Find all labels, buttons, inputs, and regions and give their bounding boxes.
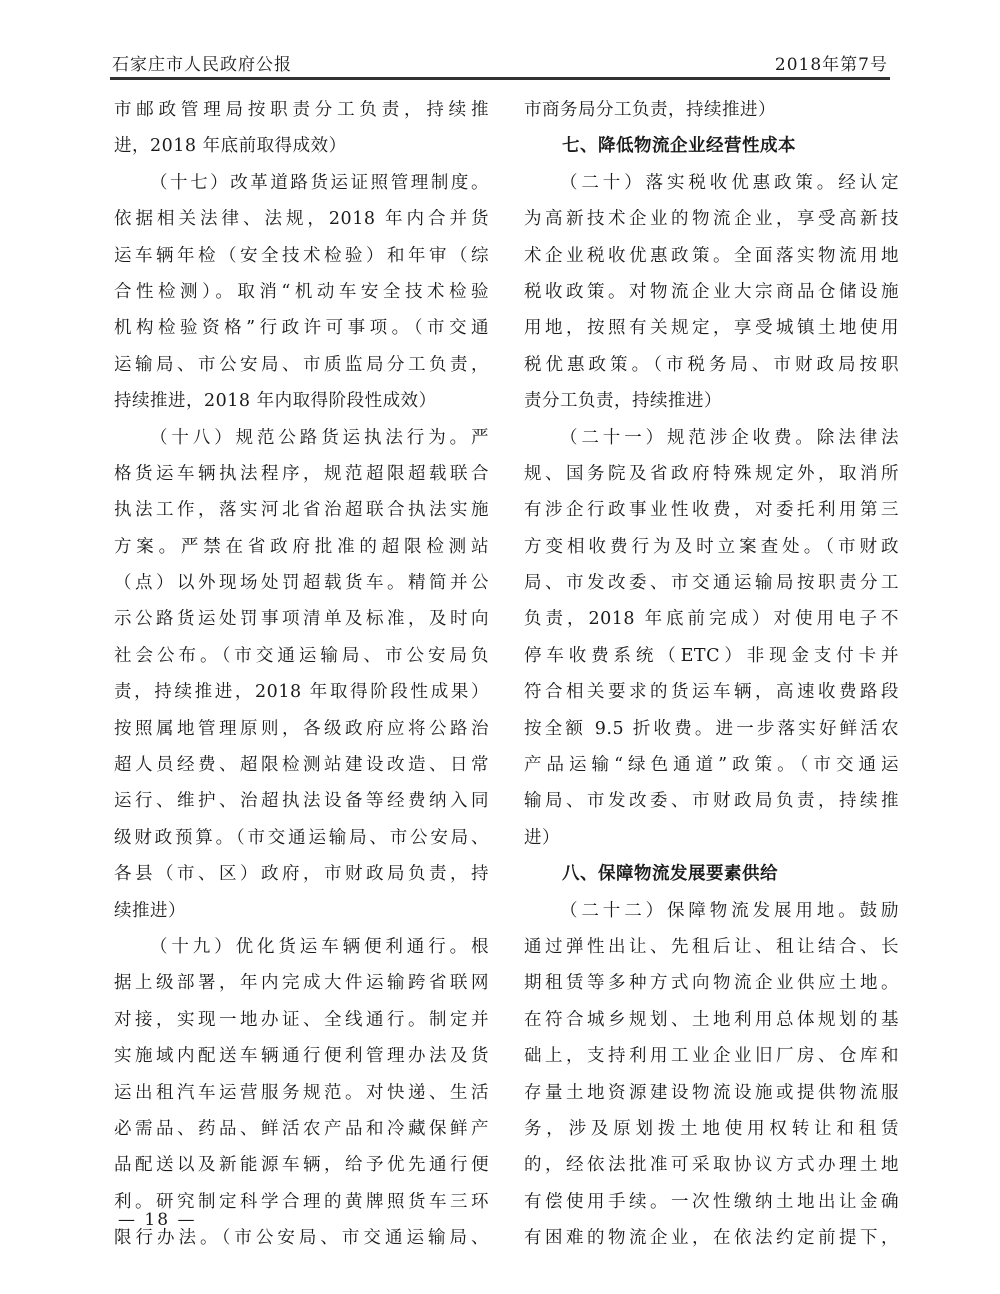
text-line: 有偿使用手续。一次性缴纳土地出让金确 [524,1184,899,1220]
text-line: 的，经依法批准可采取协议方式办理土地 [524,1147,899,1183]
text-line: 停车收费系统（ETC）非现金支付卡并 [524,638,899,674]
text-line: 机构检验资格”行政许可事项。（市交通 [114,310,489,346]
text-line: 按照属地管理原则，各级政府应将公路治 [114,711,489,747]
text-line: 负责，2018 年底前完成）对使用电子不 [524,601,899,637]
text-line: 存量土地资源建设物流设施或提供物流服 [524,1075,899,1111]
section-heading: 八、保障物流发展要素供给 [524,856,899,892]
text-line: 执法工作，落实河北省治超联合执法实施 [114,492,489,528]
text-line: 品配送以及新能源车辆，给予优先通行便 [114,1147,489,1183]
text-line: 有困难的物流企业，在依法约定前提下， [524,1220,899,1256]
text-line: 符合相关要求的货运车辆，高速收费路段 [524,674,899,710]
text-line: 运车辆年检（安全技术检验）和年审（综 [114,238,489,274]
header-divider [110,77,890,80]
text-line: 合性检测）。取消“机动车安全技术检验 [114,274,489,310]
text-line: 各县（市、区）政府，市财政局负责，持 [114,856,489,892]
text-line: 续推进） [114,893,489,929]
text-line: （二十一）规范涉企收费。除法律法 [524,420,899,456]
text-line: 输局、市发改委、市财政局负责，持续推 [524,783,899,819]
left-column: 市邮政管理局按职责分工负责，持续推进，2018 年底前取得成效）（十七）改革道路… [114,92,489,1257]
text-line: 市邮政管理局按职责分工负责，持续推 [114,92,489,128]
text-line: 在符合城乡规划、土地利用总体规划的基 [524,1002,899,1038]
text-line: 方变相收费行为及时立案查处。（市财政 [524,529,899,565]
text-line: 进，2018 年底前取得成效） [114,128,489,164]
text-line: （点）以外现场处罚超载货车。精简并公 [114,565,489,601]
text-line: 依据相关法律、法规，2018 年内合并货 [114,201,489,237]
text-line: 础上，支持利用工业企业旧厂房、仓库和 [524,1038,899,1074]
section-heading: 七、降低物流企业经营性成本 [524,128,899,164]
text-line: 运输局、市公安局、市质监局分工负责， [114,347,489,383]
text-line: 格货运车辆执法程序，规范超限超载联合 [114,456,489,492]
page-number: — 18 — [118,1210,196,1230]
text-line: 有涉企行政事业性收费，对委托利用第三 [524,492,899,528]
text-line: （十七）改革道路货运证照管理制度。 [114,165,489,201]
text-line: 税优惠政策。（市税务局、市财政局按职 [524,347,899,383]
text-line: 市商务局分工负责，持续推进） [524,92,899,128]
text-line: 按全额 9.5 折收费。进一步落实好鲜活农 [524,711,899,747]
text-line: （二十）落实税收优惠政策。经认定 [524,165,899,201]
text-line: 术企业税收优惠政策。全面落实物流用地 [524,238,899,274]
text-line: 进） [524,820,899,856]
running-header: 石家庄市人民政府公报 2018年第7号 [112,50,888,76]
issue-number: 2018年第7号 [775,50,888,75]
text-line: 运出租汽车运营服务规范。对快递、生活 [114,1075,489,1111]
text-line: 局、市发改委、市交通运输局按职责分工 [524,565,899,601]
text-line: 社会公布。（市交通运输局、市公安局负 [114,638,489,674]
text-line: 务，涉及原划拨土地使用权转让和租赁 [524,1111,899,1147]
text-line: 示公路货运处罚事项清单及标准，及时向 [114,601,489,637]
gazette-title: 石家庄市人民政府公报 [112,50,292,75]
text-line: 规、国务院及省政府特殊规定外，取消所 [524,456,899,492]
text-line: 为高新技术企业的物流企业，享受高新技 [524,201,899,237]
text-line: 运行、维护、治超执法设备等经费纳入同 [114,783,489,819]
right-column: 市商务局分工负责，持续推进）七、降低物流企业经营性成本（二十）落实税收优惠政策。… [524,92,899,1257]
text-line: 通过弹性出让、先租后让、租让结合、长 [524,929,899,965]
text-line: 持续推进，2018 年内取得阶段性成效） [114,383,489,419]
text-line: （二十二）保障物流发展用地。鼓励 [524,893,899,929]
text-line: 责，持续推进，2018 年取得阶段性成果） [114,674,489,710]
text-line: 产品运输“绿色通道”政策。（市交通运 [524,747,899,783]
text-line: 责分工负责，持续推进） [524,383,899,419]
text-line: 税收政策。对物流企业大宗商品仓储设施 [524,274,899,310]
text-line: 期租赁等多种方式向物流企业供应土地。 [524,965,899,1001]
text-line: 据上级部署，年内完成大件运输跨省联网 [114,965,489,1001]
text-line: 对接，实现一地办证、全线通行。制定并 [114,1002,489,1038]
text-line: 用地，按照有关规定，享受城镇土地使用 [524,310,899,346]
text-line: 超人员经费、超限检测站建设改造、日常 [114,747,489,783]
text-line: 必需品、药品、鲜活农产品和冷藏保鲜产 [114,1111,489,1147]
text-line: 实施域内配送车辆通行便利管理办法及货 [114,1038,489,1074]
text-line: 方案。严禁在省政府批准的超限检测站 [114,529,489,565]
text-line: （十九）优化货运车辆便利通行。根 [114,929,489,965]
text-line: （十八）规范公路货运执法行为。严 [114,420,489,456]
text-line: 级财政预算。（市交通运输局、市公安局、 [114,820,489,856]
